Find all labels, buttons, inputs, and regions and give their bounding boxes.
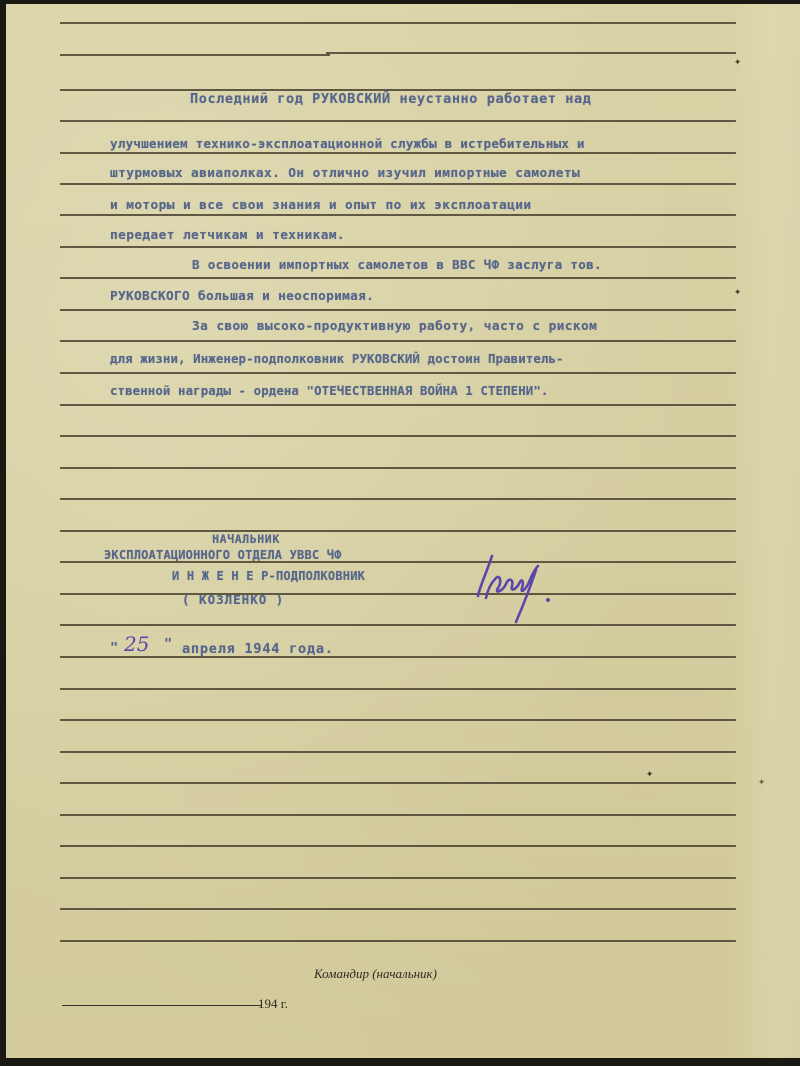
- body-line-7: РУКОВСКОГО большая и неоспоримая.: [110, 291, 374, 304]
- ruled-line: [60, 845, 736, 847]
- ruled-line: [60, 814, 736, 816]
- body-line-9: для жизни, Инженер-подполковник РУКОВСКИ…: [110, 353, 564, 365]
- ruled-line: [60, 309, 736, 311]
- signer-name: ( КОЗЛЕНКО ): [182, 594, 284, 607]
- signer-title-2: ЭКСПЛОАТАЦИОННОГО ОТДЕЛА УВВС ЧФ: [104, 549, 342, 561]
- ruled-line: [60, 120, 736, 122]
- ruled-line: [60, 404, 736, 406]
- ruled-line: [60, 908, 736, 910]
- ruled-line: [60, 719, 736, 721]
- ruled-line: [60, 183, 736, 185]
- date-day-handwritten: 25: [124, 632, 149, 656]
- paper-crease-mark: ✦: [758, 774, 766, 788]
- signer-title-3: И Н Ж Е Н Е Р-ПОДПОЛКОВНИК: [172, 570, 365, 582]
- ruled-line: [60, 152, 736, 154]
- ruled-line: [60, 372, 736, 374]
- paper-crease-mark: ✦: [734, 54, 742, 68]
- ruled-line: [60, 593, 736, 595]
- ruled-line: [60, 624, 736, 626]
- commander-label: Командир (начальник): [314, 966, 437, 982]
- body-line-2: улучшением технико-эксплоатационной служ…: [110, 138, 585, 151]
- body-line-8: За свою высоко-продуктивную работу, част…: [192, 321, 597, 334]
- signer-title-1: НАЧАЛЬНИК: [186, 534, 306, 546]
- ruled-line: [60, 751, 736, 753]
- body-line-5: передает летчикам и техникам.: [110, 230, 345, 243]
- date-blank-line: [62, 1005, 262, 1006]
- ruled-line: [60, 214, 736, 216]
- date-close-quote: ": [164, 638, 173, 652]
- year-suffix: 194 г.: [258, 996, 288, 1012]
- paper-crease-mark: ✦: [734, 284, 742, 298]
- ruled-line: [60, 246, 736, 248]
- ruled-line: [60, 435, 736, 437]
- ruled-line: [60, 467, 736, 469]
- handwritten-signature: [466, 538, 566, 628]
- ruled-line: [60, 530, 736, 532]
- ruled-line: [60, 54, 330, 56]
- ruled-line: [60, 340, 736, 342]
- body-line-10: ственной награды - ордена "ОТЕЧЕСТВЕННАЯ…: [110, 385, 548, 397]
- date-open-quote: ": [110, 642, 119, 656]
- body-line-4: и моторы и все свои знания и опыт по их …: [110, 200, 531, 213]
- date-month-year: апреля 1944 года.: [182, 643, 334, 657]
- ruled-line: [60, 782, 736, 784]
- body-line-3: штурмовых авиаполках. Он отлично изучил …: [110, 168, 580, 181]
- ruled-line: [326, 52, 736, 54]
- ruled-line: [60, 22, 736, 24]
- ruled-line: [60, 940, 736, 942]
- ruled-line: [60, 877, 736, 879]
- body-line-1: Последний год РУКОВСКИЙ неустанно работа…: [190, 93, 591, 107]
- ruled-line: [60, 498, 736, 500]
- ruled-line: [60, 688, 736, 690]
- body-line-6: В освоении импортных самолетов в ВВС ЧФ …: [192, 259, 602, 272]
- ruled-line: [60, 277, 736, 279]
- paper-crease-mark: ✦: [646, 766, 654, 780]
- document-page: Последний год РУКОВСКИЙ неустанно работа…: [6, 4, 800, 1058]
- ruled-line: [60, 656, 736, 658]
